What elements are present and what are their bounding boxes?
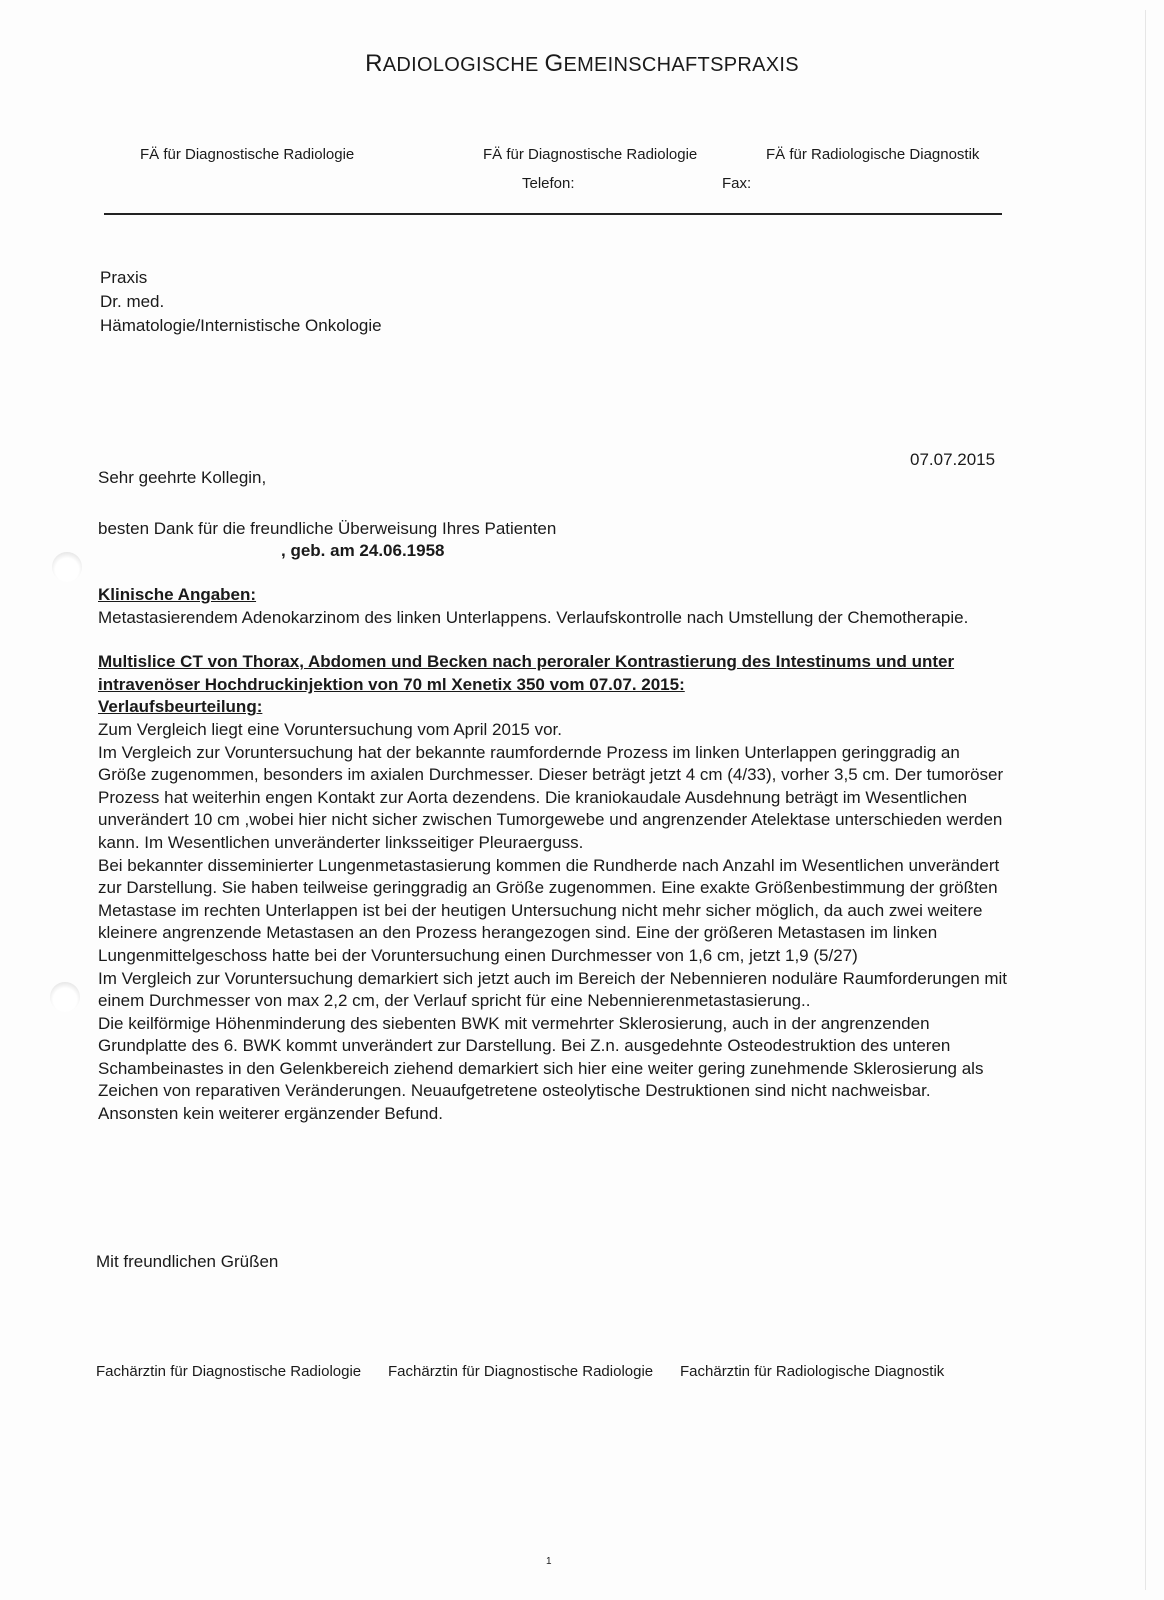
patient-birthdate: , geb. am 24.06.1958 xyxy=(98,540,556,562)
punch-hole-mark xyxy=(50,982,80,1012)
fax-label: Fax: xyxy=(722,175,751,192)
title-cap-2: G xyxy=(544,50,563,77)
signature-3: Fachärztin für Radiologische Diagnostik xyxy=(680,1363,944,1380)
finding-paragraph: Im Vergleich zur Voruntersuchung hat der… xyxy=(98,742,1008,855)
finding-paragraph: Bei bekannter disseminierter Lungenmetas… xyxy=(98,855,1008,968)
punch-hole-mark xyxy=(52,552,82,582)
clinical-text: Metastasierendem Adenokarzinom des linke… xyxy=(98,607,1008,630)
recipient-line: Hämatologie/Internistische Onkologie xyxy=(100,314,382,338)
assessment-heading: Verlaufsbeurteilung: xyxy=(98,696,1008,719)
finding-paragraph: Zum Vergleich liegt eine Voruntersuchung… xyxy=(98,719,1008,742)
signature-2: Fachärztin für Diagnostische Radiologie xyxy=(388,1363,653,1380)
recipient-line: Dr. med. xyxy=(100,290,382,314)
recipient-address: Praxis Dr. med. Hämatologie/Internistisc… xyxy=(100,266,382,338)
practice-title: RADIOLOGISCHE GEMEINSCHAFTSPRAXIS xyxy=(0,50,1164,78)
letter-page: RADIOLOGISCHE GEMEINSCHAFTSPRAXIS FÄ für… xyxy=(0,0,1164,1600)
title-rest-2: EMEINSCHAFTSPRAXIS xyxy=(563,54,798,76)
closing: Mit freundlichen Grüßen xyxy=(96,1252,278,1272)
clinical-heading: Klinische Angaben: xyxy=(98,584,1008,607)
specialty-1: FÄ für Diagnostische Radiologie xyxy=(140,146,354,163)
intro-line-1: besten Dank für die freundliche Überweis… xyxy=(98,519,556,538)
finding-paragraph: Im Vergleich zur Voruntersuchung demarki… xyxy=(98,968,1008,1013)
page-edge xyxy=(1145,10,1146,1590)
title-cap-1: R xyxy=(365,50,383,77)
header-divider xyxy=(104,213,1002,215)
title-rest-1: ADIOLOGISCHE xyxy=(383,54,545,76)
finding-paragraph: Die keilförmige Höhenminderung des siebe… xyxy=(98,1013,1008,1126)
intro: besten Dank für die freundliche Überweis… xyxy=(98,518,556,562)
exam-heading: Multislice CT von Thorax, Abdomen und Be… xyxy=(98,651,1008,696)
telefon-label: Telefon: xyxy=(522,175,575,192)
signature-1: Fachärztin für Diagnostische Radiologie xyxy=(96,1363,361,1380)
report-body: Klinische Angaben: Metastasierendem Aden… xyxy=(98,584,1008,1126)
specialty-2: FÄ für Diagnostische Radiologie xyxy=(483,146,697,163)
letter-date: 07.07.2015 xyxy=(910,450,995,470)
recipient-line: Praxis xyxy=(100,266,382,290)
salutation: Sehr geehrte Kollegin, xyxy=(98,468,266,488)
page-number: 1 xyxy=(546,1556,552,1567)
specialty-3: FÄ für Radiologische Diagnostik xyxy=(766,146,979,163)
